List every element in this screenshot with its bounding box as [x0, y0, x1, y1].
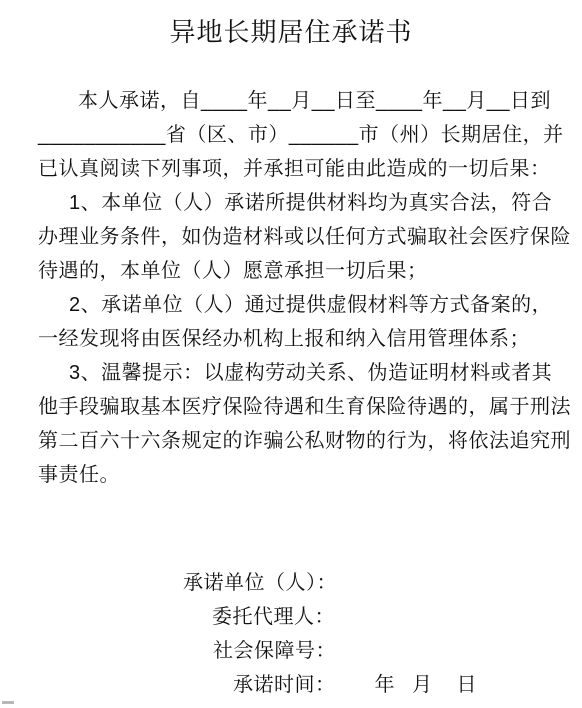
signature-block: 承诺单位（人）： 委托代理人： 社会保障号： 承诺时间：年月日 [0, 566, 582, 702]
signature-unit-label: 承诺单位（人）： [183, 566, 582, 600]
signature-date-label: 承诺时间： [233, 674, 336, 696]
body-line: 第二百六十六条规定的诈骗公私财物的行为，将依法追究刑 [38, 424, 556, 458]
date-unit-year: 年 [375, 668, 396, 702]
body-line: ___________省（区、市）______市（州）长期居住，并 [38, 118, 556, 152]
body-line: 待遇的，本单位（人）愿意承担一切后果； [38, 254, 556, 288]
scan-artifact [2, 701, 14, 704]
document-page: 异地长期居住承诺书 本人承诺，自____年__月__日至____年__月__日到… [0, 0, 582, 708]
body-line: 一经发现将由医保经办机构上报和纳入信用管理体系； [38, 322, 556, 356]
body-line: 2、承诺单位（人）通过提供虚假材料等方式备案的， [38, 288, 556, 322]
date-unit-month: 月 [412, 668, 433, 702]
body-line: 本人承诺，自____年__月__日至____年__月__日到 [38, 84, 556, 118]
signature-ssn-label: 社会保障号： [213, 634, 582, 668]
body-line: 1、本单位（人）承诺所提供材料均为真实合法，符合 [38, 186, 556, 220]
body-line: 已认真阅读下列事项，并承担可能由此造成的一切后果： [38, 152, 556, 186]
body-line: 事责任。 [38, 458, 556, 492]
body-line: 他手段骗取基本医疗保险待遇和生育保险待遇的，属于刑法 [38, 390, 556, 424]
signature-agent-label: 委托代理人： [212, 600, 582, 634]
body-line: 办理业务条件，如伪造材料或以任何方式骗取社会医疗保险 [38, 220, 556, 254]
document-title: 异地长期居住承诺书 [0, 12, 582, 49]
body-line: 3、温馨提示：以虚构劳动关系、伪造证明材料或者其 [38, 356, 556, 390]
signature-date-line: 承诺时间：年月日 [233, 668, 582, 702]
document-body: 本人承诺，自____年__月__日至____年__月__日到 _________… [38, 84, 556, 492]
date-unit-day: 日 [457, 668, 478, 702]
